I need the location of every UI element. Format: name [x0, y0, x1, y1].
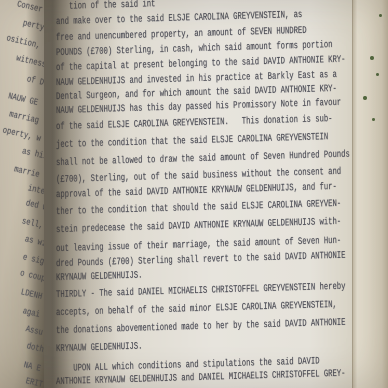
document-text-line: stein predecease the said DAVID ANTHONIE… [56, 217, 341, 237]
left-page-text-fragment: Assu [25, 324, 44, 338]
document-text-line: the donations abovementioned made to her… [56, 318, 346, 338]
photo-of-document: Conserpertyosition,witnessof DaNAUW GEma… [0, 0, 388, 388]
left-page-text-fragment: doth [26, 341, 45, 355]
background-foliage-speck [379, 14, 382, 17]
left-page-text-fragment: Conser [16, 0, 44, 15]
left-page-text-fragment: agai [22, 306, 41, 320]
background-foliage-speck [370, 56, 374, 60]
left-page-text-fragment: sell, [21, 216, 44, 231]
document-text-line: KRYNAUW GELDENHUIJS. [56, 341, 143, 356]
document-text-line: tion of the said int [56, 0, 156, 14]
left-page-text-fragment: o coup [19, 268, 47, 284]
document-text-line: accepts, on behalf of the said minor ELS… [56, 300, 337, 320]
left-page-text-fragment: LDENH [20, 287, 43, 302]
document-text-line: KRYNAUW GELDENHUIJS. [56, 270, 143, 285]
document-text-line: of the said ELSJE CAROLINA GREYVENSTEIN.… [56, 114, 333, 134]
left-page-text-fragment: perty [22, 18, 45, 33]
left-page-text-fragment: ERIT [25, 376, 44, 388]
left-page-text-fragment: marriag [8, 109, 40, 126]
left-page-text-fragment: e sig [22, 252, 45, 267]
document-text-line: THIRDLY - The said DANIEL MICHAELIS CHRI… [56, 282, 346, 302]
left-page-text-fragment: witness [15, 53, 47, 70]
underlying-page-edge [352, 0, 388, 388]
left-page-text-fragment: osition, [5, 33, 41, 51]
left-page-text-fragment: NA E [23, 360, 42, 374]
background-foliage-speck [376, 73, 379, 76]
document-page: tion of the said intand make over to the… [44, 0, 352, 388]
background-foliage-speck [372, 118, 375, 121]
left-page-text-fragment: NAUW GE [7, 91, 39, 108]
document-text-line: ther to the condition that should the sa… [56, 199, 341, 219]
left-page-text-fragment: operty, w [2, 125, 42, 143]
background-foliage-speck [363, 96, 367, 100]
document-text-line: ject to the condition that the said ELSJ… [56, 132, 328, 152]
left-page-text-fragment: marrie [13, 164, 41, 180]
